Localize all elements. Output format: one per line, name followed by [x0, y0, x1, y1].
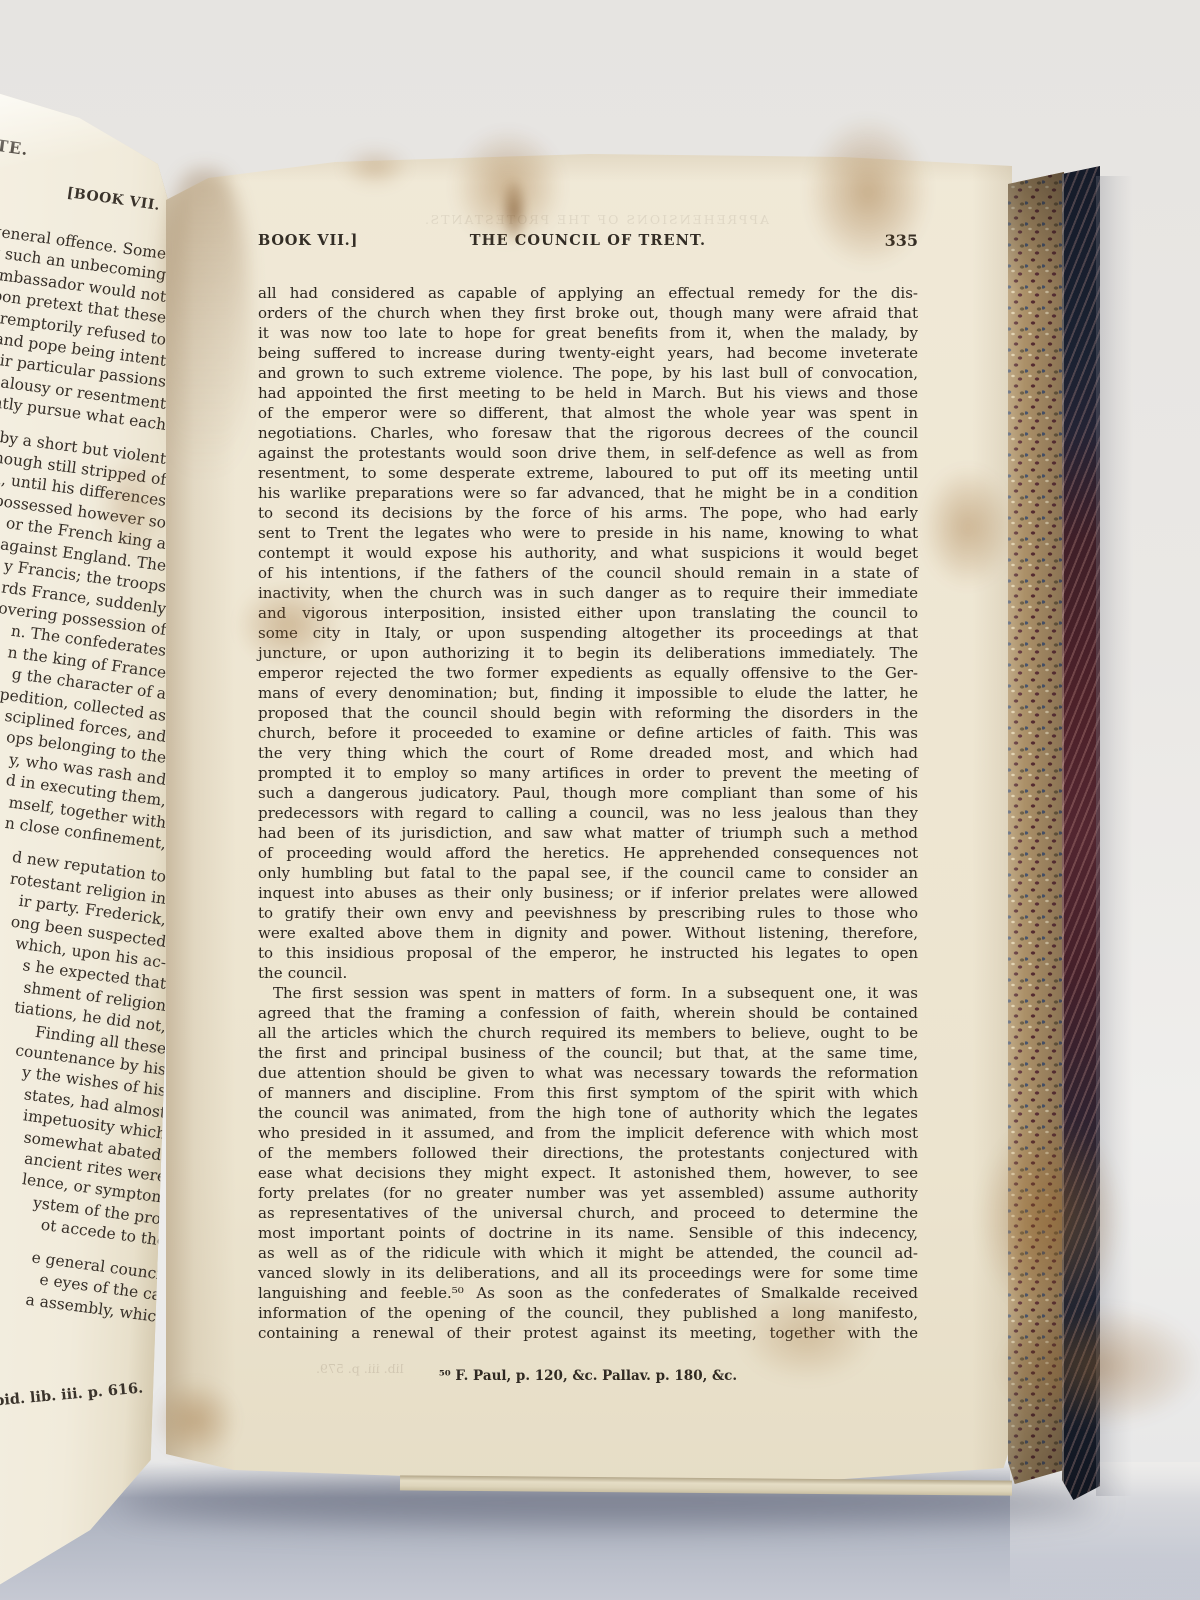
footnote: ⁵⁰ F. Paul, p. 120, &c. Pallav. p. 180, …	[258, 1368, 918, 1384]
body-line: of the members followed their directions…	[258, 1143, 918, 1163]
body-line: inquest into abuses as their only busine…	[258, 883, 918, 903]
body-line: had appointed the first meeting to be he…	[258, 383, 918, 403]
body-line: such a dangerous judicatory. Paul, thoug…	[258, 783, 918, 803]
page-header: BOOK VII.] THE COUNCIL OF TRENT. 335	[258, 232, 918, 254]
body-line: containing a renewal of their protest ag…	[258, 1323, 918, 1343]
left-book-header-fragment: [BOOK VII.	[66, 185, 161, 214]
body-line: his warlike preparations were so far adv…	[258, 483, 918, 503]
body-line: were exalted above them in dignity and p…	[258, 923, 918, 943]
body-line: vanced slowly in its deliberations, and …	[258, 1263, 918, 1283]
body-line: the first and principal business of the …	[258, 1043, 918, 1063]
body-line: the council was animated, from the high …	[258, 1103, 918, 1123]
body-line: of proceeding would afford the heretics.…	[258, 843, 918, 863]
body-line: agreed that the framing a confession of …	[258, 1003, 918, 1023]
body-line: against the protestants would soon drive…	[258, 443, 918, 463]
body-line: to gratify their own envy and peevishnes…	[258, 903, 918, 923]
body-line: most important points of doctrine in its…	[258, 1223, 918, 1243]
body-line: due attention should be given to what wa…	[258, 1063, 918, 1083]
body-line: only humbling but fatal to the papal see…	[258, 863, 918, 883]
body-line: had been of its jurisdiction, and saw wh…	[258, 823, 918, 843]
body-line: all the articles which the church requir…	[258, 1023, 918, 1043]
body-line: emperor rejected the two former expedien…	[258, 663, 918, 683]
body-line: proposed that the council should begin w…	[258, 703, 918, 723]
body-line: and vigorous interposition, insisted eit…	[258, 603, 918, 623]
body-line: to second its decisions by the force of …	[258, 503, 918, 523]
body-line: of the emperor were so different, that a…	[258, 403, 918, 423]
left-page: TE. [BOOK VII. general offence. Somest s…	[0, 88, 172, 1600]
body-line: juncture, or upon authorizing it to begi…	[258, 643, 918, 663]
body-line: as well as of the ridicule with which it…	[258, 1243, 918, 1263]
body-line: some city in Italy, or upon suspending a…	[258, 623, 918, 643]
body-line: predecessors with regard to calling a co…	[258, 803, 918, 823]
body-line: prompted it to employ so many artifices …	[258, 763, 918, 783]
body-line: and grown to such extreme violence. The …	[258, 363, 918, 383]
body-line: languishing and feeble.⁵⁰ As soon as the…	[258, 1283, 918, 1303]
body-line: contempt it would expose his authority, …	[258, 543, 918, 563]
marbled-fore-edge	[1008, 172, 1064, 1484]
body-line: information of the opening of the counci…	[258, 1303, 918, 1323]
marbled-cover-edge	[1062, 166, 1100, 1500]
body-line: church, before it proceeded to examine o…	[258, 723, 918, 743]
book-right-shadow	[1096, 176, 1142, 1496]
header-page-number: 335	[885, 231, 918, 250]
body-line: being suffered to increase during twenty…	[258, 343, 918, 363]
left-running-head-fragment: TE.	[0, 136, 30, 159]
body-line: as representatives of the universal chur…	[258, 1203, 918, 1223]
body-line: of his intentions, if the fathers of the…	[258, 563, 918, 583]
header-chapter-title: THE COUNCIL OF TRENT.	[258, 232, 918, 249]
left-page-footnote-fragment: bid. lib. iii. p. 616.	[0, 1380, 144, 1410]
left-page-lines: general offence. Somest such an unbecomi…	[0, 244, 166, 1329]
book-photo: TE. [BOOK VII. general offence. Somest s…	[0, 0, 1200, 1600]
body-line: the very thing which the court of Rome d…	[258, 743, 918, 763]
body-line: inactivity, when the church was in such …	[258, 583, 918, 603]
body-text: all had considered as capable of applyin…	[258, 283, 918, 1343]
body-line: who presided in it assumed, and from the…	[258, 1123, 918, 1143]
body-line: it was now too late to hope for great be…	[258, 323, 918, 343]
right-page: APPREHENSIONS OF THE PROTESTANTS. BOOK V…	[166, 152, 1012, 1494]
body-line: all had considered as capable of applyin…	[258, 283, 918, 303]
body-line: resentment, to some desperate extreme, l…	[258, 463, 918, 483]
showthrough-running-head: APPREHENSIONS OF THE PROTESTANTS.	[416, 212, 776, 227]
body-line: forty prelates (for no greater number wa…	[258, 1183, 918, 1203]
body-line: to this insidious proposal of the empero…	[258, 943, 918, 963]
body-line: the council.	[258, 963, 918, 983]
body-line: ease what decisions they might expect. I…	[258, 1163, 918, 1183]
body-line: The first session was spent in matters o…	[258, 983, 918, 1003]
body-line: of manners and discipline. From this fir…	[258, 1083, 918, 1103]
body-line: sent to Trent the legates who were to pr…	[258, 523, 918, 543]
body-line: negotiations. Charles, who foresaw that …	[258, 423, 918, 443]
body-line: mans of every denomination; but, finding…	[258, 683, 918, 703]
body-line: orders of the church when they first bro…	[258, 303, 918, 323]
